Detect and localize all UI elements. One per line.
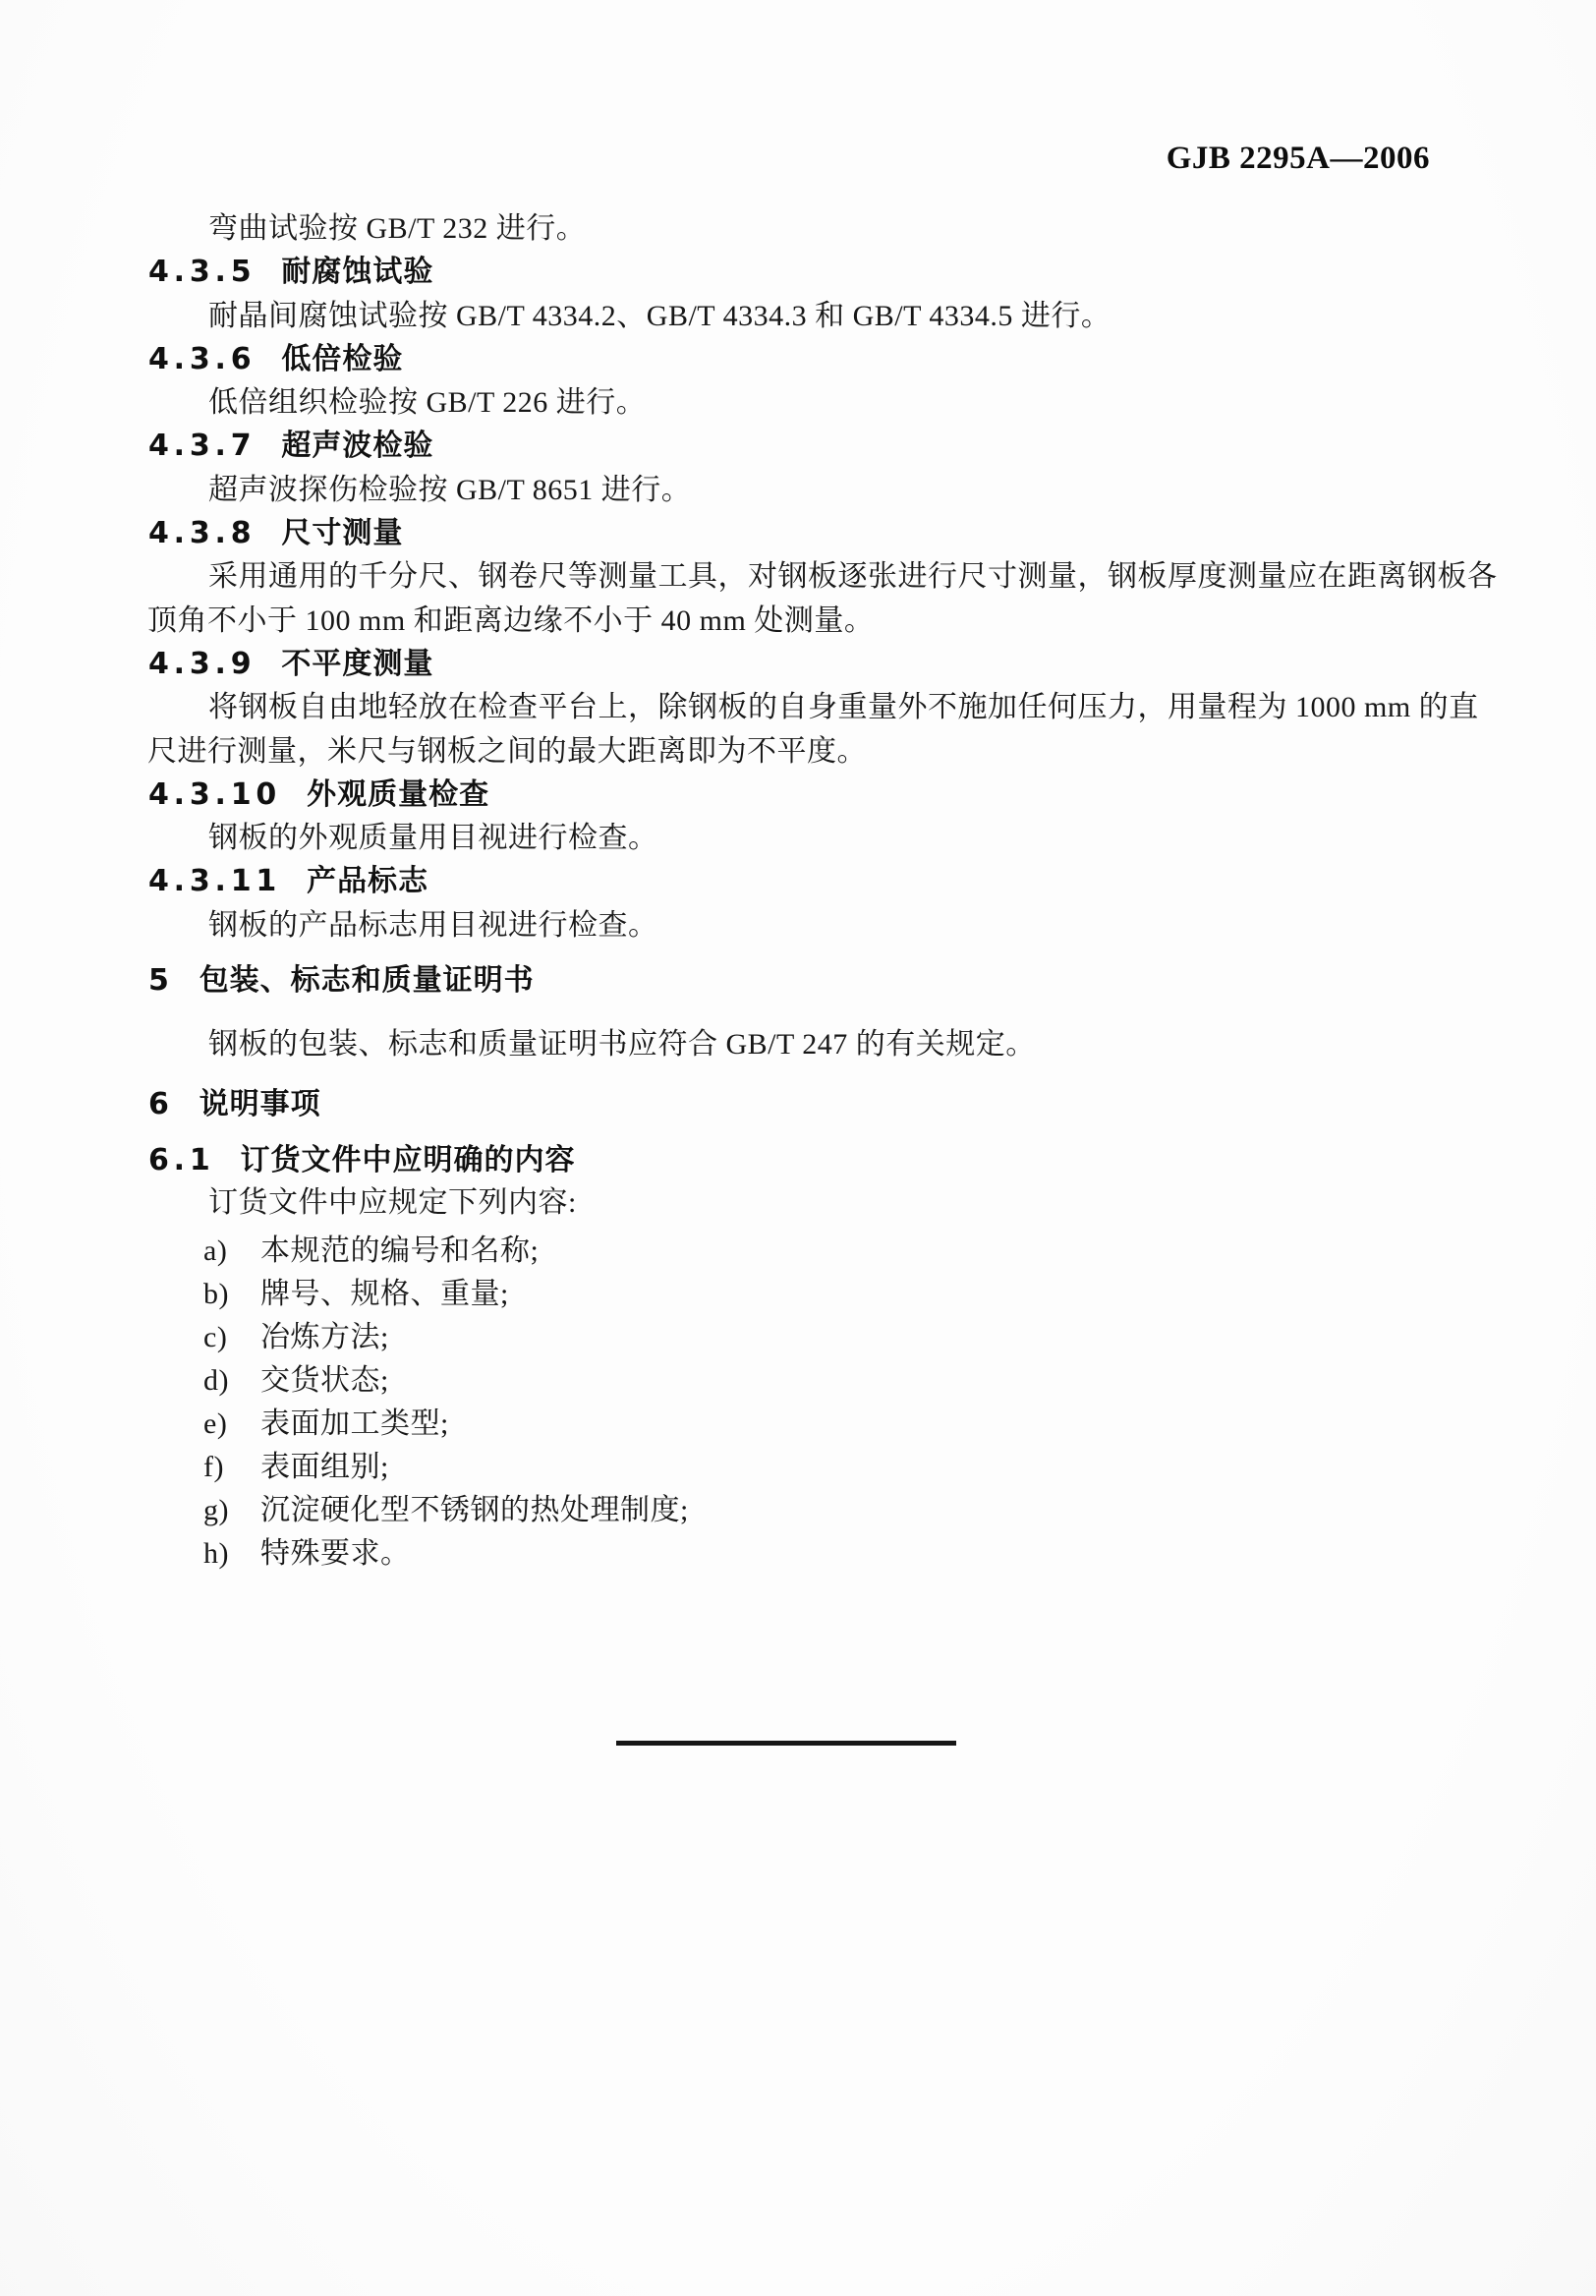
section-title: 尺寸测量 xyxy=(281,516,403,550)
list-item-text: 特殊要求。 xyxy=(260,1537,411,1570)
section-title: 说明事项 xyxy=(199,1087,321,1121)
list-marker: d) xyxy=(203,1366,233,1396)
section-number: 4.3.10 xyxy=(148,777,281,812)
list-marker: b) xyxy=(203,1280,233,1309)
section-title: 低倍检验 xyxy=(281,342,403,376)
list-item-b: b)牌号、规格、重量; xyxy=(203,1280,509,1309)
section-number: 5 xyxy=(148,963,174,998)
section-heading-4-3-8: 4.3.8尺寸测量 xyxy=(148,519,403,548)
section-number: 4.3.8 xyxy=(148,516,256,550)
section-number: 4.3.9 xyxy=(148,647,256,681)
section-title: 订货文件中应明确的内容 xyxy=(241,1143,576,1177)
list-item-c: c)冶炼方法; xyxy=(203,1323,389,1352)
section-heading-6-1: 6.1订货文件中应明确的内容 xyxy=(148,1146,576,1176)
section-heading-4-3-7: 4.3.7超声波检验 xyxy=(148,431,433,461)
section-heading-4-3-9: 4.3.9不平度测量 xyxy=(148,650,433,679)
section-heading-5: 5包装、标志和质量证明书 xyxy=(148,966,535,996)
list-item-text: 表面加工类型; xyxy=(260,1407,449,1440)
paragraph-ultrasonic-test: 超声波探伤检验按 GB/T 8651 进行。 xyxy=(208,476,691,505)
section-title: 包装、标志和质量证明书 xyxy=(199,963,535,998)
section-number: 6 xyxy=(148,1087,174,1121)
section-heading-4-3-10: 4.3.10外观质量检查 xyxy=(148,780,489,810)
paragraph-dimension-measure-line2: 顶角不小于 100 mm 和距离边缘不小于 40 mm 处测量。 xyxy=(147,606,874,636)
standard-number-header: GJB 2295A—2006 xyxy=(1167,143,1430,175)
end-of-document-rule xyxy=(616,1741,956,1746)
section-title: 超声波检验 xyxy=(281,429,433,463)
list-item-e: e)表面加工类型; xyxy=(203,1409,449,1439)
paragraph-corrosion-test: 耐晶间腐蚀试验按 GB/T 4334.2、GB/T 4334.3 和 GB/T … xyxy=(208,302,1111,331)
section-number: 4.3.7 xyxy=(148,429,256,463)
list-item-h: h)特殊要求。 xyxy=(203,1539,411,1569)
list-item-text: 牌号、规格、重量; xyxy=(260,1278,509,1310)
section-number: 4.3.5 xyxy=(148,255,256,289)
list-item-text: 交货状态; xyxy=(260,1364,389,1397)
list-item-text: 表面组别; xyxy=(260,1451,389,1483)
paragraph-dimension-measure-line1: 采用通用的千分尺、钢卷尺等测量工具，对钢板逐张进行尺寸测量，钢板厚度测量应在距离… xyxy=(208,562,1498,592)
paragraph-flatness-measure-line2: 尺进行测量，米尺与钢板之间的最大距离即为不平度。 xyxy=(147,737,867,767)
list-marker: f) xyxy=(203,1453,233,1482)
section-number: 6.1 xyxy=(148,1143,215,1177)
section-heading-4-3-11: 4.3.11产品标志 xyxy=(148,867,428,896)
list-marker: h) xyxy=(203,1539,233,1569)
list-marker: e) xyxy=(203,1409,233,1439)
document-page: GJB 2295A—2006 弯曲试验按 GB/T 232 进行。 4.3.5耐… xyxy=(0,0,1596,2296)
list-item-f: f)表面组别; xyxy=(203,1453,389,1482)
section-heading-4-3-5: 4.3.5耐腐蚀试验 xyxy=(148,258,433,287)
paragraph-macrostructure-test: 低倍组织检验按 GB/T 226 进行。 xyxy=(208,388,646,418)
paragraph-product-marking: 钢板的产品标志用目视进行检查。 xyxy=(208,911,658,941)
list-item-d: d)交货状态; xyxy=(203,1366,389,1396)
list-item-text: 冶炼方法; xyxy=(260,1321,389,1353)
paragraph-order-document-intro: 订货文件中应规定下列内容: xyxy=(208,1188,577,1218)
section-title: 产品标志 xyxy=(307,864,428,898)
section-number: 4.3.11 xyxy=(148,864,281,898)
list-marker: g) xyxy=(203,1496,233,1525)
paragraph-packaging-marking: 钢板的包装、标志和质量证明书应符合 GB/T 247 的有关规定。 xyxy=(208,1030,1036,1060)
list-item-a: a)本规范的编号和名称; xyxy=(203,1236,539,1266)
list-marker: a) xyxy=(203,1236,233,1266)
paragraph-appearance-inspection: 钢板的外观质量用目视进行检查。 xyxy=(208,824,658,853)
section-title: 不平度测量 xyxy=(281,647,433,681)
list-item-text: 本规范的编号和名称; xyxy=(260,1234,539,1267)
section-title: 外观质量检查 xyxy=(307,777,489,812)
section-number: 4.3.6 xyxy=(148,342,256,376)
section-title: 耐腐蚀试验 xyxy=(281,255,433,289)
paragraph-flatness-measure-line1: 将钢板自由地轻放在检查平台上，除钢板的自身重量外不施加任何压力，用量程为 100… xyxy=(208,693,1479,722)
list-item-text: 沉淀硬化型不锈钢的热处理制度; xyxy=(260,1494,689,1526)
section-heading-6: 6说明事项 xyxy=(148,1090,321,1119)
paragraph-bend-test: 弯曲试验按 GB/T 232 进行。 xyxy=(208,214,586,244)
list-marker: c) xyxy=(203,1323,233,1352)
list-item-g: g)沉淀硬化型不锈钢的热处理制度; xyxy=(203,1496,689,1525)
section-heading-4-3-6: 4.3.6低倍检验 xyxy=(148,345,403,374)
